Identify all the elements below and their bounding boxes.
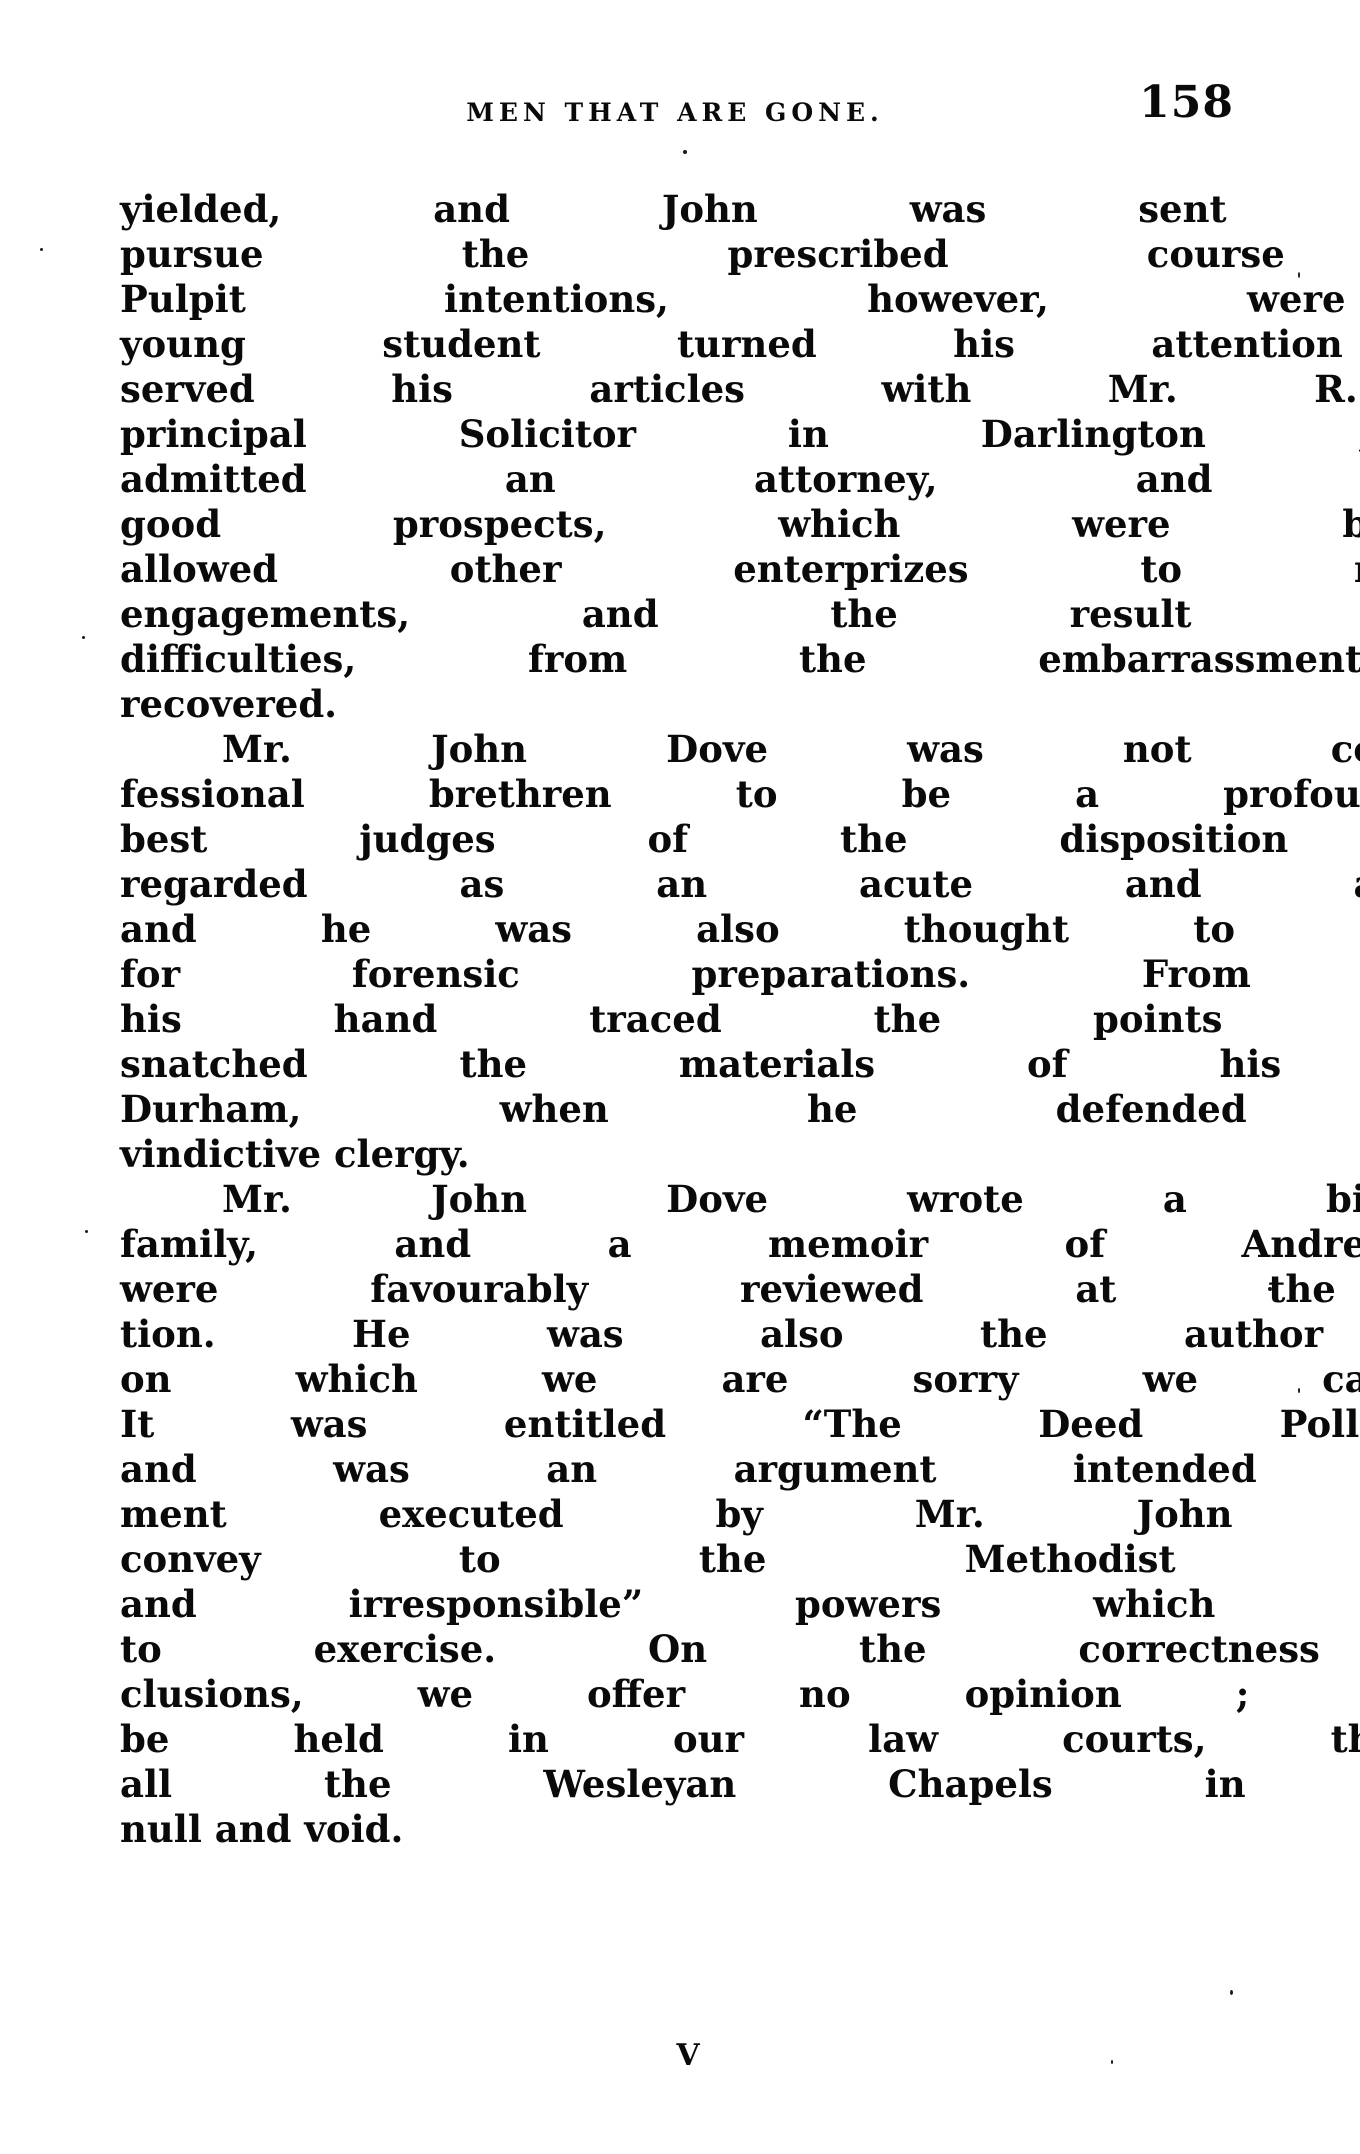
text-line: convey to the Methodist Conference, the …: [120, 1537, 1232, 1582]
text-line: for forensic preparations. From the shee…: [120, 952, 1232, 997]
text-line: yielded, and John was sent to Rotherham …: [120, 187, 1232, 232]
text-line: his hand traced the points of evidence, …: [120, 997, 1232, 1042]
text-line: principal Solicitor in Darlington ; in d…: [120, 412, 1232, 457]
scan-speck: [1298, 272, 1300, 278]
text-line: snatched the materials of his great gran…: [120, 1042, 1232, 1087]
book-page: MEN THAT ARE GONE. 158 yielded, and John…: [0, 0, 1360, 2154]
text-line: Mr. John Dove wrote a biography of the W…: [120, 1177, 1232, 1222]
text-line: young student turned his attention from …: [120, 322, 1232, 367]
text-line: good prospects, which were but partially…: [120, 502, 1232, 547]
scan-speck: [85, 1230, 88, 1233]
text-line: pursue the prescribed course of preparat…: [120, 232, 1232, 277]
page-number: 158: [1139, 78, 1234, 128]
text-line: be held in our law courts, the Trust Dee…: [120, 1717, 1232, 1762]
text-line: to exercise. On the correctness of the w…: [120, 1627, 1232, 1672]
scan-speck: [683, 150, 687, 154]
scan-speck: [1230, 1990, 1233, 1995]
text-line: and he was also thought to be an excelle…: [120, 907, 1232, 952]
text-line: vindictive clergy.: [120, 1132, 1232, 1177]
text-line: regarded as an acute and a trustworthy c…: [120, 862, 1232, 907]
text-line: Durham, when he defended venomous journa…: [120, 1087, 1232, 1132]
text-line: difficulties, from the embarrassment of …: [120, 637, 1232, 682]
text-line: and was an argument intended to prove, t…: [120, 1447, 1232, 1492]
text-line: Pulpit intentions, however, were abandon…: [120, 277, 1232, 322]
text-line: and irresponsible” powers which it claim…: [120, 1582, 1232, 1627]
text-line: admitted an attorney, and commenced prac…: [120, 457, 1232, 502]
text-line: served his articles with Mr. R. W. Johns…: [120, 367, 1232, 412]
text-line: Mr. John Dove was not considered by his …: [120, 727, 1232, 772]
scan-speck: [1268, 1287, 1272, 1291]
scan-speck: [1298, 1388, 1300, 1393]
text-line: null and void.: [120, 1807, 1232, 1852]
text-line: were favourably reviewed at the time of …: [120, 1267, 1232, 1312]
text-line: recovered.: [120, 682, 1232, 727]
running-head: MEN THAT ARE GONE.: [440, 96, 910, 130]
scan-speck: [40, 248, 43, 251]
signature-mark: V: [672, 2036, 704, 2076]
text-line: fessional brethren to be a profound lawy…: [120, 772, 1232, 817]
text-line: all the Wesleyan Chapels in the kingdom,…: [120, 1762, 1232, 1807]
text-line: tion. He was also the author of an elabo…: [120, 1312, 1232, 1357]
paragraph-1: yielded, and John was sent to Rotherham …: [120, 187, 1232, 727]
scan-speck: [1111, 2060, 1113, 2064]
text-line: engagements, and the result was involvme…: [120, 592, 1232, 637]
text-line: clusions, we offer no opinion ; but if h…: [120, 1672, 1232, 1717]
body-text: yielded, and John was sent to Rotherham …: [120, 187, 1232, 1852]
text-line: family, and a memoir of Andrew Marvel, b…: [120, 1222, 1232, 1267]
text-line: allowed other enterprizes to mingle with…: [120, 547, 1232, 592]
text-line: best judges of the disposition of proper…: [120, 817, 1232, 862]
scan-speck: [82, 636, 85, 639]
text-line: It was entitled “The Deed Poll Invalid. …: [120, 1402, 1232, 1447]
text-line: on which we are sorry we cannot now lay …: [120, 1357, 1232, 1402]
text-line: ment executed by Mr. John Wesley, did no…: [120, 1492, 1232, 1537]
paragraph-3: Mr. John Dove wrote a biography of the W…: [120, 1177, 1232, 1852]
paragraph-2: Mr. John Dove was not considered by his …: [120, 727, 1232, 1177]
